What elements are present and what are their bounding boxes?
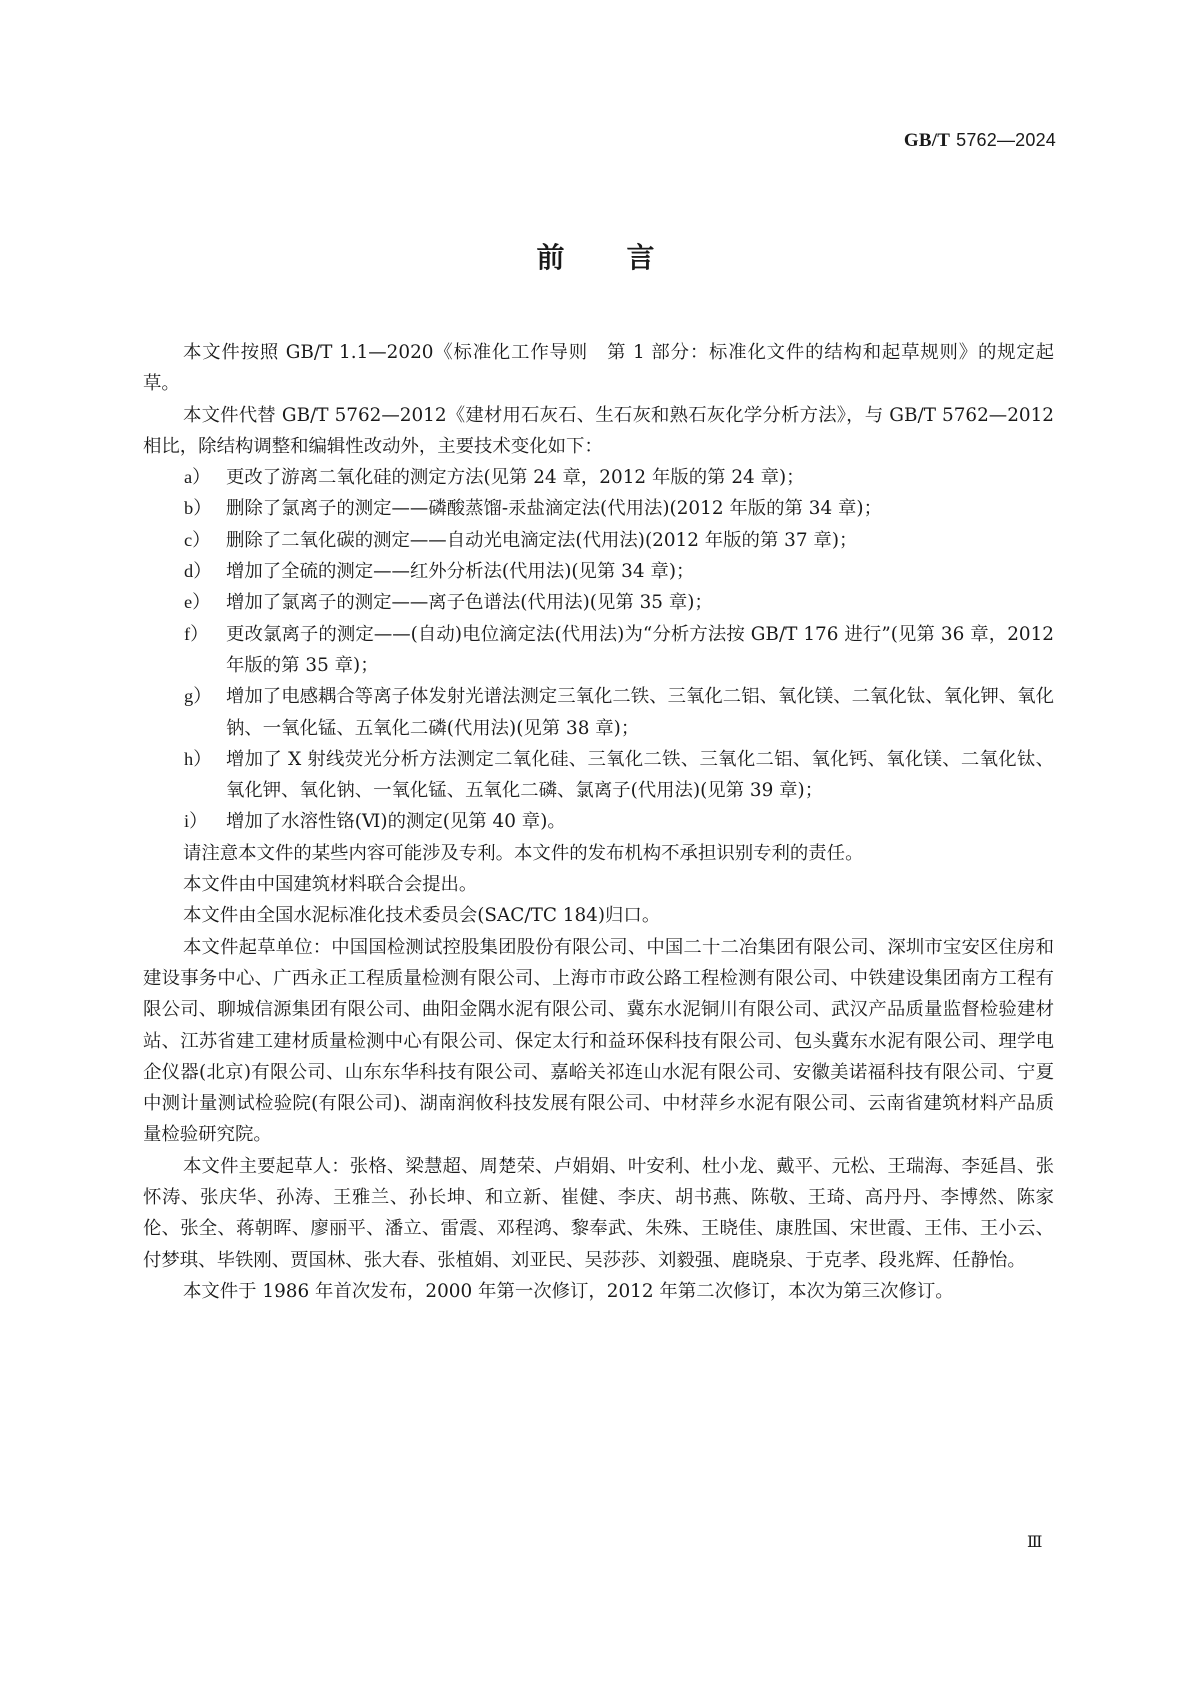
list-item-label: g）	[184, 681, 212, 712]
foreword-body: 本文件按照 GB/T 1.1—2020《标准化工作导则 第 1 部分：标准化文件…	[143, 337, 1054, 1307]
title-char-2: 言	[627, 236, 655, 276]
list-item-text: 增加了 X 射线荧光分析方法测定二氧化硅、三氧化二铁、三氧化二铝、氧化钙、氧化镁…	[226, 749, 1054, 801]
list-item-label: b）	[184, 493, 212, 524]
list-item: a） 更改了游离二氧化硅的测定方法(见第 24 章，2012 年版的第 24 章…	[143, 462, 1054, 493]
list-item-label: c）	[184, 525, 211, 556]
list-item: h） 增加了 X 射线荧光分析方法测定二氧化硅、三氧化二铁、三氧化二铝、氧化钙、…	[143, 744, 1054, 807]
paragraph-drafting-organizations: 本文件起草单位：中国国检测试控股集团股份有限公司、中国二十二冶集团有限公司、深圳…	[143, 932, 1054, 1151]
list-item: c） 删除了二氧化碳的测定——自动光电滴定法(代用法)(2012 年版的第 37…	[143, 525, 1054, 556]
list-item-text: 增加了氯离子的测定——离子色谱法(代用法)(见第 35 章)；	[226, 592, 713, 613]
list-item-text: 删除了氯离子的测定——磷酸蒸馏-汞盐滴定法(代用法)(2012 年版的第 34 …	[226, 498, 882, 519]
page-number: Ⅲ	[1027, 1532, 1042, 1552]
paragraph-publication-history: 本文件于 1986 年首次发布，2000 年第一次修订，2012 年第二次修订，…	[143, 1276, 1054, 1307]
paragraph-drafters: 本文件主要起草人：张格、梁慧超、周楚荣、卢娟娟、叶安利、杜小龙、戴平、元松、王瑞…	[143, 1151, 1054, 1276]
list-item-label: i）	[184, 806, 208, 837]
standard-number: 5762—2024	[956, 130, 1056, 150]
list-item-label: e）	[184, 587, 211, 618]
paragraph-technical-committee: 本文件由全国水泥标准化技术委员会(SAC/TC 184)归口。	[143, 900, 1054, 931]
paragraph-replacement: 本文件代替 GB/T 5762—2012《建材用石灰石、生石灰和熟石灰化学分析方…	[143, 400, 1054, 463]
list-item-text: 删除了二氧化碳的测定——自动光电滴定法(代用法)(2012 年版的第 37 章)…	[226, 530, 857, 551]
list-item-label: f）	[184, 619, 209, 650]
title-char-1: 前	[536, 236, 564, 276]
page-title: 前言	[0, 236, 1191, 276]
list-item-text: 增加了电感耦合等离子体发射光谱法测定三氧化二铁、三氧化二铝、氧化镁、二氧化钛、氧…	[226, 686, 1054, 738]
list-item-label: a）	[184, 462, 211, 493]
list-item-label: h）	[184, 744, 212, 775]
list-item-text: 更改了游离二氧化硅的测定方法(见第 24 章，2012 年版的第 24 章)；	[226, 467, 805, 488]
standard-prefix: GB/T	[904, 130, 950, 151]
list-item: i） 增加了水溶性铬(Ⅵ)的测定(见第 40 章)。	[143, 806, 1054, 837]
paragraph-drafting-rules: 本文件按照 GB/T 1.1—2020《标准化工作导则 第 1 部分：标准化文件…	[143, 337, 1054, 400]
list-item-text: 增加了全硫的测定——红外分析法(代用法)(见第 34 章)；	[226, 561, 694, 582]
list-item-text: 增加了水溶性铬(Ⅵ)的测定(见第 40 章)。	[226, 811, 566, 832]
technical-changes-list: a） 更改了游离二氧化硅的测定方法(见第 24 章，2012 年版的第 24 章…	[143, 462, 1054, 838]
list-item-label: d）	[184, 556, 212, 587]
list-item-text: 更改氯离子的测定——(自动)电位滴定法(代用法)为“分析方法按 GB/T 176…	[226, 624, 1054, 676]
list-item: g） 增加了电感耦合等离子体发射光谱法测定三氧化二铁、三氧化二铝、氧化镁、二氧化…	[143, 681, 1054, 744]
list-item: b） 删除了氯离子的测定——磷酸蒸馏-汞盐滴定法(代用法)(2012 年版的第 …	[143, 493, 1054, 524]
standard-code-header: GB/T5762—2024	[904, 130, 1056, 152]
list-item: d） 增加了全硫的测定——红外分析法(代用法)(见第 34 章)；	[143, 556, 1054, 587]
list-item: e） 增加了氯离子的测定——离子色谱法(代用法)(见第 35 章)；	[143, 587, 1054, 618]
paragraph-patent-notice: 请注意本文件的某些内容可能涉及专利。本文件的发布机构不承担识别专利的责任。	[143, 838, 1054, 869]
paragraph-proposer: 本文件由中国建筑材料联合会提出。	[143, 869, 1054, 900]
list-item: f） 更改氯离子的测定——(自动)电位滴定法(代用法)为“分析方法按 GB/T …	[143, 619, 1054, 682]
